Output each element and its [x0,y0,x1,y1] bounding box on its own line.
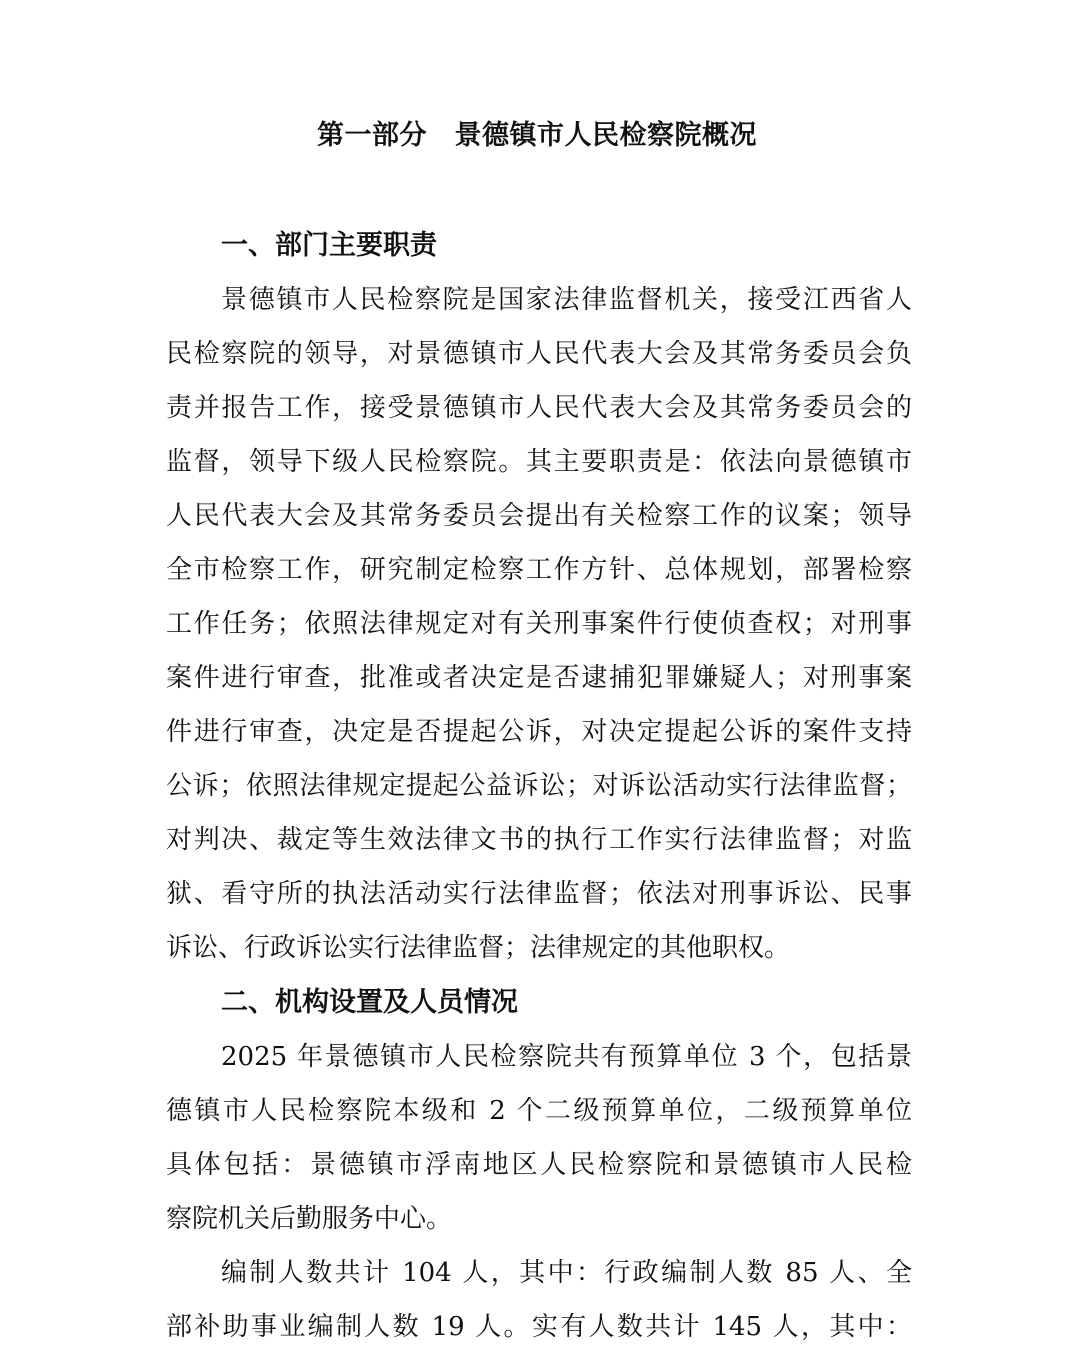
text-line: 责并报告工作，接受景德镇市人民代表大会及其常务委员会的 [166,388,912,428]
section-heading-duties: 一、部门主要职责 [221,226,437,266]
text-line: 察院机关后勤服务中心。 [166,1199,452,1239]
text-line: 案件进行审查，批准或者决定是否逮捕犯罪嫌疑人；对刑事案 [166,658,912,698]
text-line: 全市检察工作，研究制定检察工作方针、总体规划，部署检察 [166,550,912,590]
text-line: 德镇市人民检察院本级和 2 个二级预算单位，二级预算单位 [166,1091,912,1131]
text-line: 编制人数共计 104 人，其中：行政编制人数 85 人、全 [221,1253,912,1293]
text-line: 部补助事业编制人数 19 人。实有人数共计 145 人，其中： [166,1307,912,1347]
text-line: 民检察院的领导，对景德镇市人民代表大会及其常务委员会负 [166,334,912,374]
text-line: 狱、看守所的执法活动实行法律监督；依法对刑事诉讼、民事 [166,874,912,914]
text-line: 对判决、裁定等生效法律文书的执行工作实行法律监督；对监 [166,820,912,860]
text-line: 诉讼、行政诉讼实行法律监督；法律规定的其他职权。 [166,928,790,968]
text-line: 工作任务；依照法律规定对有关刑事案件行使侦查权；对刑事 [166,604,912,644]
section-heading-organization: 二、机构设置及人员情况 [221,983,518,1023]
text-line: 人民代表大会及其常务委员会提出有关检察工作的议案；领导 [166,496,912,536]
text-line: 具体包括：景德镇市浮南地区人民检察院和景德镇市人民检 [166,1145,912,1185]
text-line: 2025 年景德镇市人民检察院共有预算单位 3 个，包括景 [221,1037,912,1077]
text-line: 件进行审查，决定是否提起公诉，对决定提起公诉的案件支持 [166,712,912,752]
text-line: 监督，领导下级人民检察院。其主要职责是：依法向景德镇市 [166,442,912,482]
text-line: 公诉；依照法律规定提起公益诉讼；对诉讼活动实行法律监督； [166,766,912,806]
page-title: 第一部分 景德镇市人民检察院概况 [0,116,1074,156]
text-line: 景德镇市人民检察院是国家法律监督机关，接受江西省人 [221,280,912,320]
